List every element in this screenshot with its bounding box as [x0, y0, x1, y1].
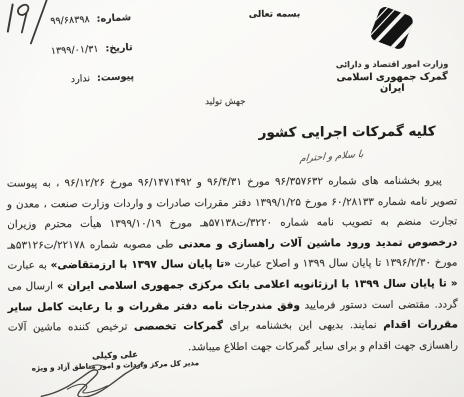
letter-meta: شماره: ۹۹/۶۸۳۹۸ تاریخ: ۱۳۹۹/۰۱/۳۱ پیوست:…: [5, 11, 135, 106]
recipient-title: کلیه گمرکات اجرایی کشور: [259, 124, 436, 141]
letter-date-value: ۱۳۹۹/۰۱/۳۱: [51, 42, 99, 57]
body-segment-bold: گمرکات تخصصی: [134, 320, 223, 333]
letter-attachment-row: پیوست: ندارد: [8, 70, 134, 89]
handwritten-salutation: با سلام و احترام: [299, 149, 364, 165]
year-slogan: جهش تولید: [0, 95, 451, 108]
iran-customs-logo-icon: [364, 2, 420, 56]
letterhead-ministry: وزارت امور اقتصاد و دارائی: [325, 58, 459, 69]
letter-number-label: شماره:: [96, 11, 131, 26]
letterhead-organization: گمرک جمهوری اسلامی ایران: [325, 71, 459, 94]
body-segment-bold: «تا پایان سال ۱۳۹۷ با ارزمتقاضی»: [51, 258, 231, 271]
letterhead: وزارت امور اقتصاد و دارائی گمرک جمهوری ا…: [325, 1, 460, 94]
letter-date-label: تاریخ:: [105, 41, 133, 55]
body-segment: پیرو بخشنامه های شماره ۹۶/۳۵۷۶۳۲ مورخ ۹۶…: [7, 175, 457, 231]
body-segment-bold: درخصوص تمدید ورود ماشین آلات راهسازی و م…: [178, 236, 457, 250]
scanned-letter: شماره: ۹۹/۶۸۳۹۸ تاریخ: ۱۳۹۹/۰۱/۳۱ پیوست:…: [0, 0, 464, 397]
bismillah-text: بسمه تعالی: [249, 10, 301, 20]
body-segment: به عبارت: [7, 260, 50, 272]
body-segment: نمایند. بدیهی این بخشنامه برای: [223, 319, 383, 332]
letter-attachment-value: ندارد: [70, 72, 90, 86]
signature-scribble-icon: [35, 360, 171, 397]
letter-body: پیرو بخشنامه های شماره ۹۶/۳۵۷۶۳۲ مورخ ۹۶…: [7, 170, 458, 358]
letter-number-value: ۹۹/۶۸۳۹۸: [50, 13, 90, 28]
letter-attachment-label: پیوست:: [97, 70, 135, 85]
body-segment-bold: « تا پایان سال ۱۳۹۹ با ارزثانویه اعلامی …: [57, 277, 458, 292]
letter-date-row: تاریخ: ۱۳۹۹/۰۱/۳۱: [6, 41, 132, 60]
